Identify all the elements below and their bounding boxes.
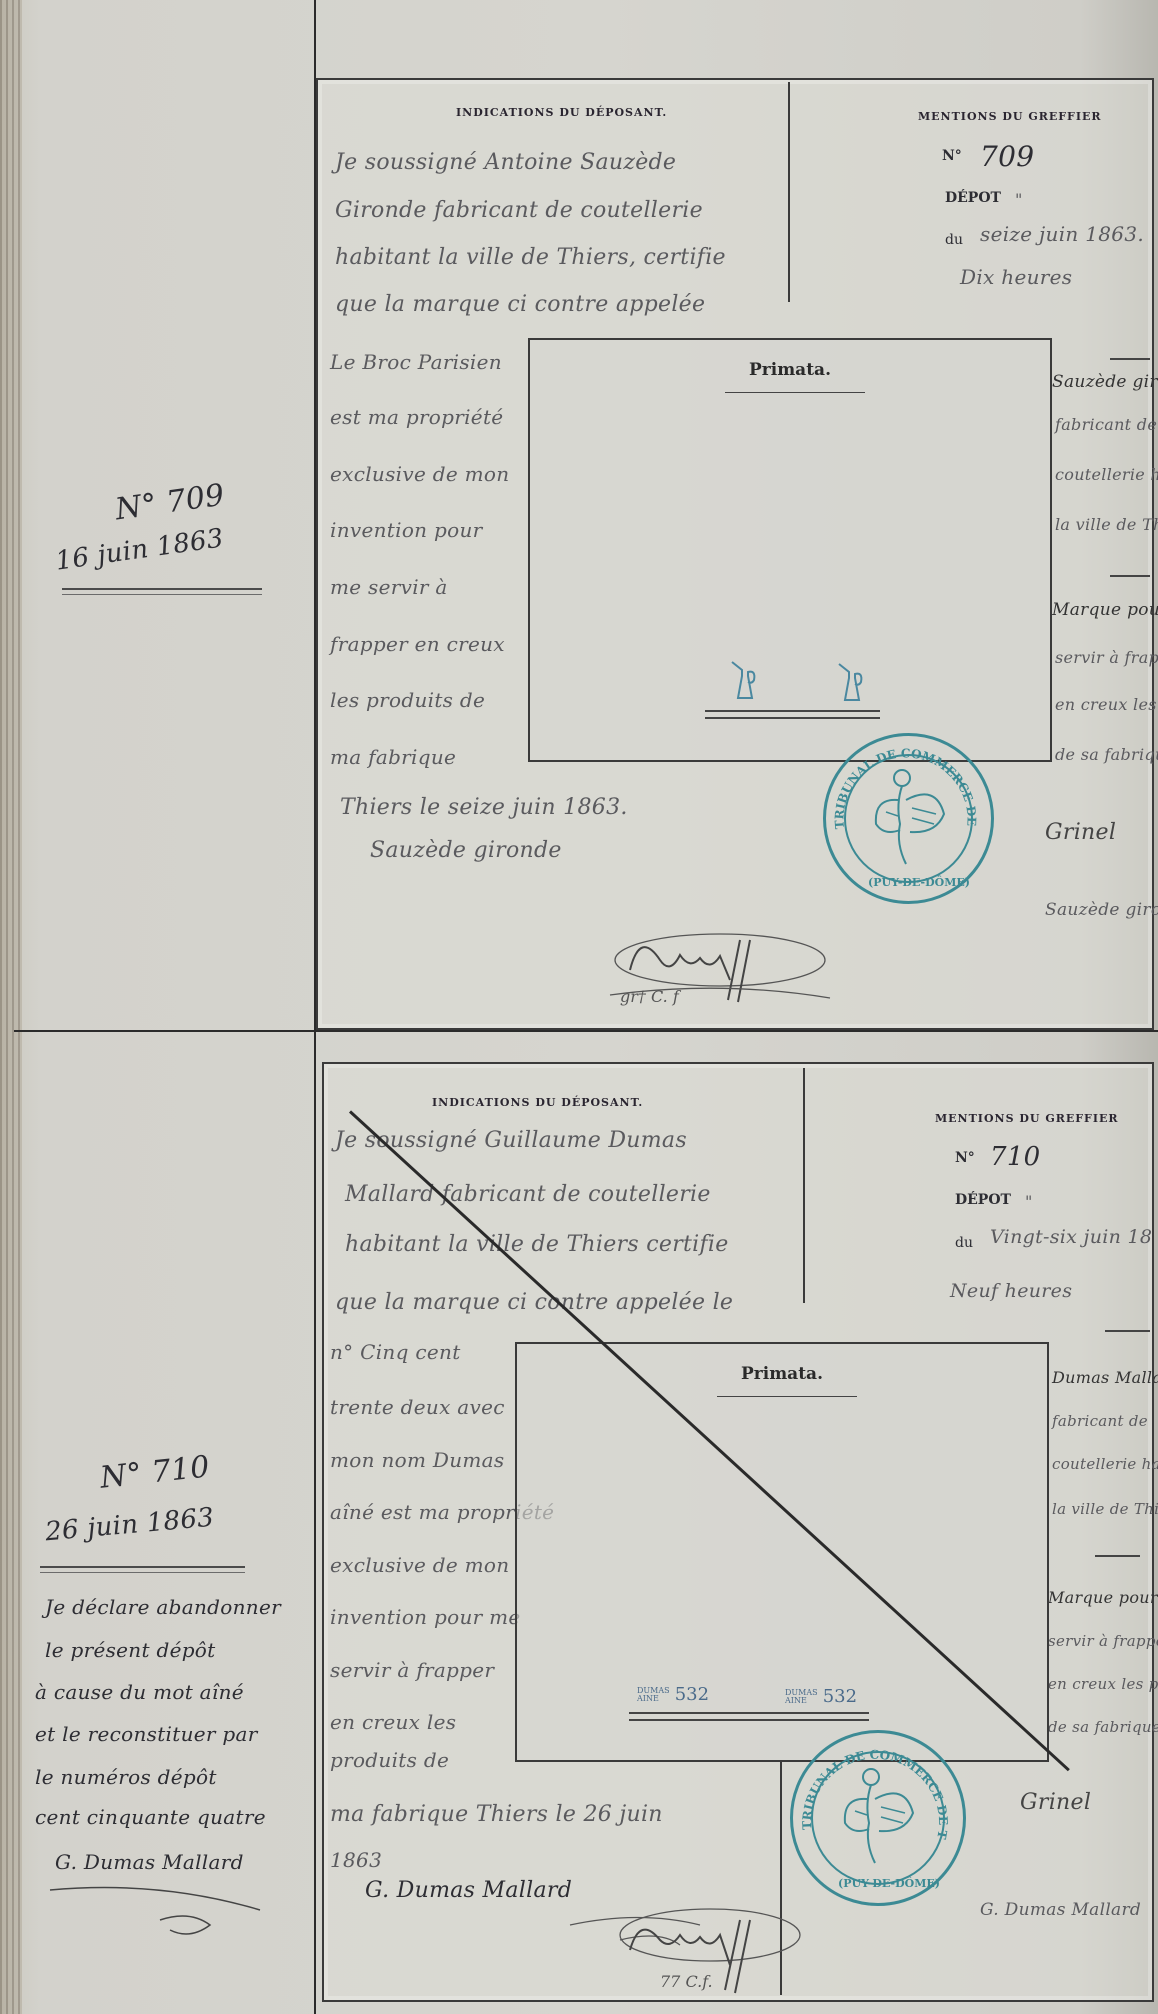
deposant-line: mon nom Dumas [330, 1448, 504, 1472]
primata-base-line [705, 710, 880, 719]
margin-flourish [40, 1880, 280, 1940]
side-note: Dumas Mallard [1052, 1368, 1158, 1387]
greffier-depot-label: DÉPOT [945, 190, 1001, 206]
greffier-header: MENTIONS DU GREFFIER [918, 110, 1102, 123]
deposant-line: produits de [330, 1748, 449, 1772]
primata-underline [717, 1396, 857, 1397]
greffier-signature: 77 C.f. [560, 1895, 810, 2005]
side-note: coutellerie hab. [1055, 465, 1158, 484]
deposant-header: INDICATIONS DU DÉPOSANT. [432, 1096, 643, 1109]
deposant-line: Le Broc Parisien [330, 350, 502, 374]
margin-underline [62, 588, 262, 595]
deposant-line: en creux les [330, 1710, 456, 1734]
svg-text:77 C.f.: 77 C.f. [660, 1972, 713, 1991]
side-dash [1110, 358, 1150, 360]
greffier-heure: Neuf heures [950, 1280, 1072, 1302]
deposant-line: Je soussigné Guillaume Dumas [335, 1128, 687, 1153]
deposant-signature: G. Dumas Mallard [365, 1878, 572, 1903]
primata-base-line [629, 1712, 869, 1721]
side-note: fabricant de [1052, 1412, 1148, 1430]
greffier-du-value: Vingt-six juin 18 [990, 1226, 1152, 1248]
side-note: la ville de Thiers [1052, 1500, 1158, 1518]
side-signature: Grinel [1020, 1790, 1091, 1815]
deposant-line: 1863 [330, 1848, 382, 1872]
margin-note-line: le présent dépôt [45, 1638, 215, 1662]
margin-underline [40, 1566, 245, 1573]
deposant-date-line: Thiers le seize juin 1863. [340, 795, 628, 820]
greffier-no-value: 709 [980, 140, 1034, 173]
margin-date: 16 juin 1863 [54, 523, 226, 576]
stamp-ring-text: TRIBUNAL DE COMMERCE DE THIERS [823, 733, 988, 898]
deposant-line: frapper en creux [330, 632, 505, 656]
deposant-line: les produits de [330, 688, 485, 712]
margin-note-line: et le reconstituer par [35, 1722, 258, 1746]
jug-mark-icon [835, 662, 867, 704]
greffier-du-value: seize juin 1863. [980, 222, 1144, 246]
deposant-line: exclusive de mon [330, 1553, 509, 1577]
greffier-du-label: du [955, 1235, 973, 1251]
entry-divider [14, 1030, 1158, 1032]
greffier-no-label: N° [942, 148, 962, 164]
greffier-depot-value: " [1015, 190, 1023, 209]
deposant-line: Gironde fabricant de coutellerie [335, 198, 703, 223]
margin-number: N° 710 [98, 1449, 211, 1495]
side-note: Marque pour [1048, 1588, 1158, 1607]
greffier-signature: gr† C. f [600, 920, 850, 1015]
margin-note-line: le numéros dépôt [35, 1765, 217, 1789]
primata-title: Primata. [517, 1364, 1047, 1384]
side-note: de sa fabrique [1055, 745, 1158, 764]
deposant-line: que la marque ci contre appelée le [335, 1290, 733, 1315]
margin-date: 26 juin 1863 [44, 1503, 215, 1548]
side-note: de sa fabrique [1048, 1718, 1158, 1736]
side-signature: G. Dumas Mallard [980, 1900, 1141, 1920]
deposant-line: est ma propriété [330, 405, 503, 429]
deposant-line: n° Cinq cent [330, 1340, 461, 1364]
side-dash [1105, 1330, 1150, 1332]
svg-text:TRIBUNAL DE COMMERCE DE THIERS: TRIBUNAL DE COMMERCE DE THIERS [823, 733, 979, 832]
primata-box: Primata. DUMASAINE 532 DUMASAINE 532 [515, 1342, 1049, 1762]
greffier-header: MENTIONS DU GREFFIER [935, 1112, 1119, 1125]
deposant-line: habitant la ville de Thiers certifie [345, 1232, 729, 1257]
margin-note-line: cent cinquante quatre [35, 1805, 266, 1829]
greffier-depot-label: DÉPOT [955, 1192, 1011, 1208]
dumas-aine-mark: DUMASAINE 532 [785, 1686, 857, 1707]
deposant-signature: Sauzède gironde [370, 838, 562, 863]
deposant-line: que la marque ci contre appelée [335, 292, 705, 317]
deposant-line: servir à frapper [330, 1658, 494, 1682]
side-note: en creux les produits [1055, 695, 1158, 714]
deposant-line: trente deux avec [330, 1395, 505, 1419]
margin-note-signature: G. Dumas Mallard [55, 1850, 244, 1874]
greffier-heure: Dix heures [960, 265, 1072, 289]
primata-box: Primata. [528, 338, 1052, 762]
side-note: la ville de Thiers [1055, 515, 1158, 534]
dumas-aine-mark: DUMASAINE 532 [637, 1684, 709, 1705]
stamp-ring-text: TRIBUNAL DE COMMERCE DE THIERS [790, 1730, 960, 1900]
deposant-line: Je soussigné Antoine Sauzède [335, 150, 676, 175]
deposant-line: invention pour me [330, 1605, 521, 1629]
side-note: en creux les prod. [1048, 1675, 1158, 1693]
deposant-line: invention pour [330, 518, 483, 542]
side-note: servir à frapper [1055, 648, 1158, 667]
svg-text:TRIBUNAL DE COMMERCE DE THIERS: TRIBUNAL DE COMMERCE DE THIERS [790, 1730, 950, 1840]
deposant-line: exclusive de mon [330, 462, 509, 486]
column-divider [788, 82, 790, 302]
side-signature: Sauzède gironde [1045, 900, 1158, 920]
jug-mark-icon [728, 660, 760, 702]
side-dash [1095, 1555, 1140, 1557]
primata-underline [725, 392, 865, 393]
deposant-date-line: ma fabrique Thiers le 26 juin [330, 1802, 663, 1827]
deposant-line: me servir à [330, 575, 448, 599]
side-note: servir à frapper [1048, 1632, 1158, 1650]
side-note: Sauzède gironde [1052, 372, 1158, 392]
deposant-line: Mallard fabricant de coutellerie [345, 1182, 711, 1207]
side-note: fabricant de [1055, 415, 1157, 434]
deposant-line: ma fabrique [330, 745, 456, 769]
side-note: coutellerie hab. [1052, 1455, 1158, 1473]
side-signature: Grinel [1045, 820, 1116, 845]
side-note: Marque pour [1052, 600, 1158, 620]
svg-text:gr† C. f: gr† C. f [620, 987, 682, 1006]
side-dash [1110, 575, 1150, 577]
deposant-line: habitant la ville de Thiers, certifie [335, 245, 726, 270]
margin-note-line: à cause du mot aîné [35, 1680, 244, 1704]
greffier-no-value: 710 [990, 1142, 1041, 1172]
margin-note-line: Je déclare abandonner [45, 1595, 281, 1619]
register-page: N° 709 16 juin 1863 INDICATIONS DU DÉPOS… [0, 0, 1158, 2014]
primata-title: Primata. [530, 360, 1050, 380]
book-binding [0, 0, 22, 2014]
deposant-header: INDICATIONS DU DÉPOSANT. [456, 106, 667, 119]
margin-number: N° 709 [113, 478, 227, 528]
column-divider [803, 1068, 805, 1303]
greffier-depot-value: " [1025, 1192, 1033, 1211]
greffier-du-label: du [945, 232, 963, 248]
greffier-no-label: N° [955, 1150, 975, 1166]
